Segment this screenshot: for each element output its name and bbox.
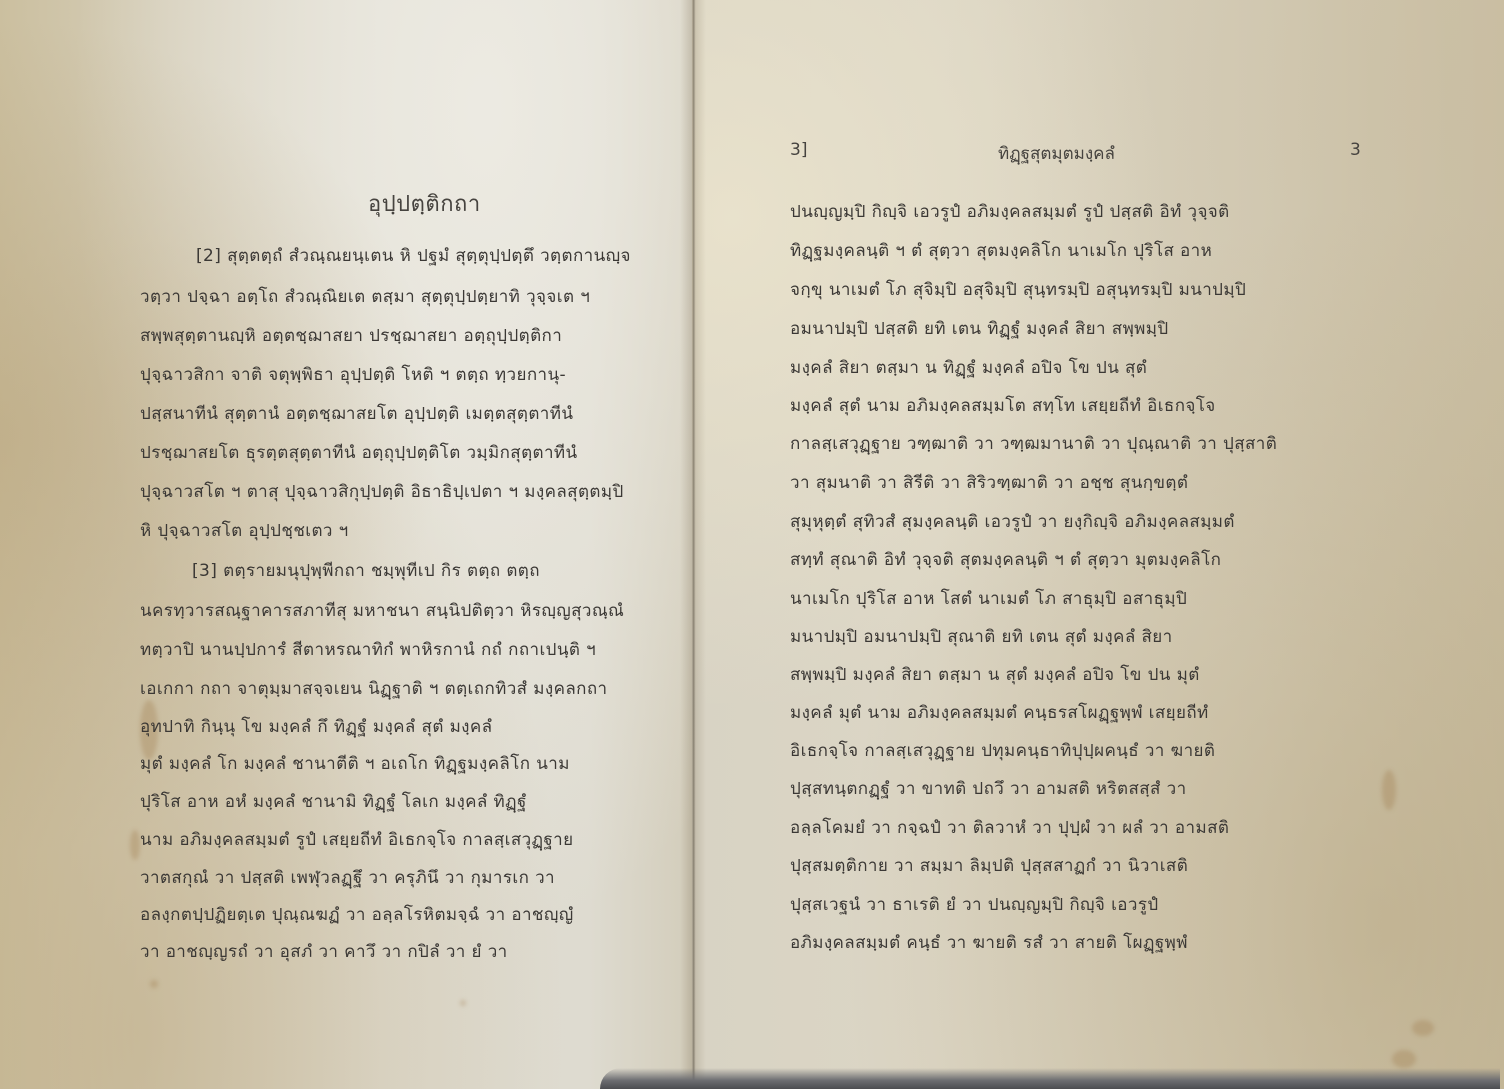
- text-line: ปุจฺฉาวสิกา จาติ จตุพฺพิธา อุปฺปตฺติ โหต…: [140, 361, 566, 388]
- text-line: กาลสฺเสวุฏฺฐาย วฑฺฒาติ วา วฑฺฒมานาติ วา …: [790, 430, 1277, 457]
- text-line: สทฺทํ สุณาติ อิทํ วุจฺจติ สุตมงฺคลนฺติ ฯ…: [790, 546, 1221, 573]
- text-line: อลฺลโคมยํ วา กจฺฉปํ วา ติลวาหํ วา ปุปฺผํ…: [790, 814, 1229, 841]
- page-number: 3: [1350, 140, 1361, 160]
- text-line: [2] สุตฺตตฺถํ สํวณฺณยนฺเตน หิ ปฐมํ สุตฺต…: [196, 242, 631, 269]
- text-line: ปุสฺสเวฐนํ วา ธาเรติ ยํ วา ปนญฺญมฺปิ กิญ…: [790, 891, 1159, 918]
- text-line: เอเกกา กถา จาตุมฺมาสจฺจเยน นิฏฺฐาติ ฯ ตต…: [140, 675, 608, 702]
- text-line: ปรชฺฌาสยโต ธุรตฺตสุตฺตาทีนํ อตฺถุปฺปตฺติ…: [140, 439, 578, 466]
- left-page: อุปฺปตฺติกถา [2] สุตฺตตฺถํ สํวณฺณยนฺเตน …: [0, 0, 692, 1089]
- text-line: วาตสกุณํ วา ปสฺสติ เพฬุวลฏฺฐึ วา ครุภินึ…: [140, 864, 555, 891]
- text-line: อิเธกจฺโจ กาลสฺเสวุฏฺฐาย ปทุมคนฺธาทิปุปฺ…: [790, 737, 1215, 764]
- text-line: สพฺพสุตฺตานญฺหิ อตฺตชฺฌาสยา ปรชฺฌาสยา อต…: [140, 322, 562, 349]
- text-line: มุตํ มงฺคลํ โก มงฺคลํ ชานาตีติ ฯ อเถโก ท…: [140, 750, 570, 777]
- text-line: ปุจฺฉาวสโต ฯ ตาสุ ปุจฺฉาวสิกุปฺปตฺติ อิธ…: [140, 478, 624, 505]
- text-line: นครทฺวารสณฺฐาคารสภาทีสุ มหาชนา สนฺนิปติต…: [140, 597, 624, 624]
- text-line: หิ ปุจฺฉาวสโต อุปฺปชฺชเตว ฯ: [140, 517, 349, 544]
- page-edge-shadow: [600, 1068, 1500, 1089]
- text-line: ปุสฺสทนฺตกฏฺฐํ วา ขาทติ ปถวึ วา อามสติ ห…: [790, 775, 1187, 802]
- text-line: ทิฏฺฐมงฺคลนฺติ ฯ ตํ สุตฺวา สุตมงฺคลิโก น…: [790, 237, 1212, 264]
- text-line: นาเมโก ปุริโส อาห โสตํ นาเมตํ โภ สาธุมฺป…: [790, 585, 1187, 612]
- text-line: อุทปาทิ กินฺนุ โข มงฺคลํ กึ ทิฏฺฐํ มงฺคล…: [140, 713, 492, 740]
- text-line: ปนญฺญมฺปิ กิญฺจิ เอวรูปํ อภิมงฺคลสมฺมตํ …: [790, 198, 1230, 225]
- text-line: [3] ตตฺรายมนุปุพฺพีกถา ชมฺพุทีเป กิร ตตฺ…: [192, 557, 540, 584]
- text-line: ปสฺสนาทีนํ สุตฺตานํ อตฺตชฺฌาสยโต อุปฺปตฺ…: [140, 400, 573, 427]
- text-line: มงฺคลํ สิยา ตสฺมา น ทิฏฺฐํ มงฺคลํ อปิจ โ…: [790, 354, 1147, 381]
- text-line: อภิมงฺคลสมฺมตํ คนฺธํ วา ฆายติ รสํ วา สาย…: [790, 929, 1188, 956]
- text-line: วา สุมนาติ วา สิรีติ วา สิริวฑฺฒาติ วา อ…: [790, 469, 1188, 496]
- text-line: วา อาชญฺญรถํ วา อุสภํ วา คาวึ วา กปิลํ ว…: [140, 938, 508, 965]
- text-line: ปุริโส อาห อหํ มงฺคลํ ชานามิ ทิฏฺฐํ โลเก…: [140, 788, 527, 815]
- book-spine: [680, 0, 706, 1089]
- text-line: มงฺคลํ มุตํ นาม อภิมงฺคลสมฺมตํ คนฺธรสโผฏ…: [790, 699, 1209, 726]
- running-head-title: ทิฏฺฐสุตมุตมงฺคลํ: [998, 140, 1115, 167]
- text-line: อลงฺกตปฺปฏิยตฺเต ปุณฺณฆฏํ วา อลฺลโรหิตมจ…: [140, 901, 574, 928]
- chapter-title: อุปฺปตฺติกถา: [368, 186, 481, 221]
- open-book: อุปฺปตฺติกถา [2] สุตฺตตฺถํ สํวณฺณยนฺเตน …: [0, 0, 1504, 1089]
- text-line: สพฺพมฺปิ มงฺคลํ สิยา ตสฺมา น สุตํ มงฺคลํ…: [790, 661, 1200, 688]
- text-line: วตฺวา ปจฺฉา อตฺโถ สํวณฺณิยเต ตสฺมา สุตฺต…: [140, 283, 590, 310]
- running-head-section: 3]: [790, 140, 807, 160]
- text-line: มนาปมฺปิ อมนาปมฺปิ สุณาติ ยทิ เตน สุตํ ม…: [790, 623, 1173, 650]
- text-line: มงฺคลํ สุตํ นาม อภิมงฺคลสมฺมโต สทฺโท เสย…: [790, 392, 1216, 419]
- text-line: จกฺขุ นาเมตํ โภ สุจิมฺปิ อสุจิมฺปิ สุนฺท…: [790, 276, 1246, 303]
- text-line: นาม อภิมงฺคลสมฺมตํ รูปํ เสยฺยถีทํ อิเธกจ…: [140, 826, 573, 853]
- text-line: ทตฺวาปิ นานปฺปการํ สีตาหรณาทิกํ พาหิรกาน…: [140, 636, 596, 663]
- text-line: ปุสฺสมตฺติกาย วา สมฺมา ลิมฺปติ ปุสฺสสาฏก…: [790, 852, 1188, 879]
- text-line: อมนาปมฺปิ ปสฺสติ ยทิ เตน ทิฏฺฐํ มงฺคลํ ส…: [790, 315, 1169, 342]
- text-line: สุมุหุตฺตํ สุทิวสํ สุมงฺคลนฺติ เอวรูปํ ว…: [790, 508, 1235, 535]
- right-page: 3] ทิฏฺฐสุตมุตมงฺคลํ 3: [692, 0, 1504, 1089]
